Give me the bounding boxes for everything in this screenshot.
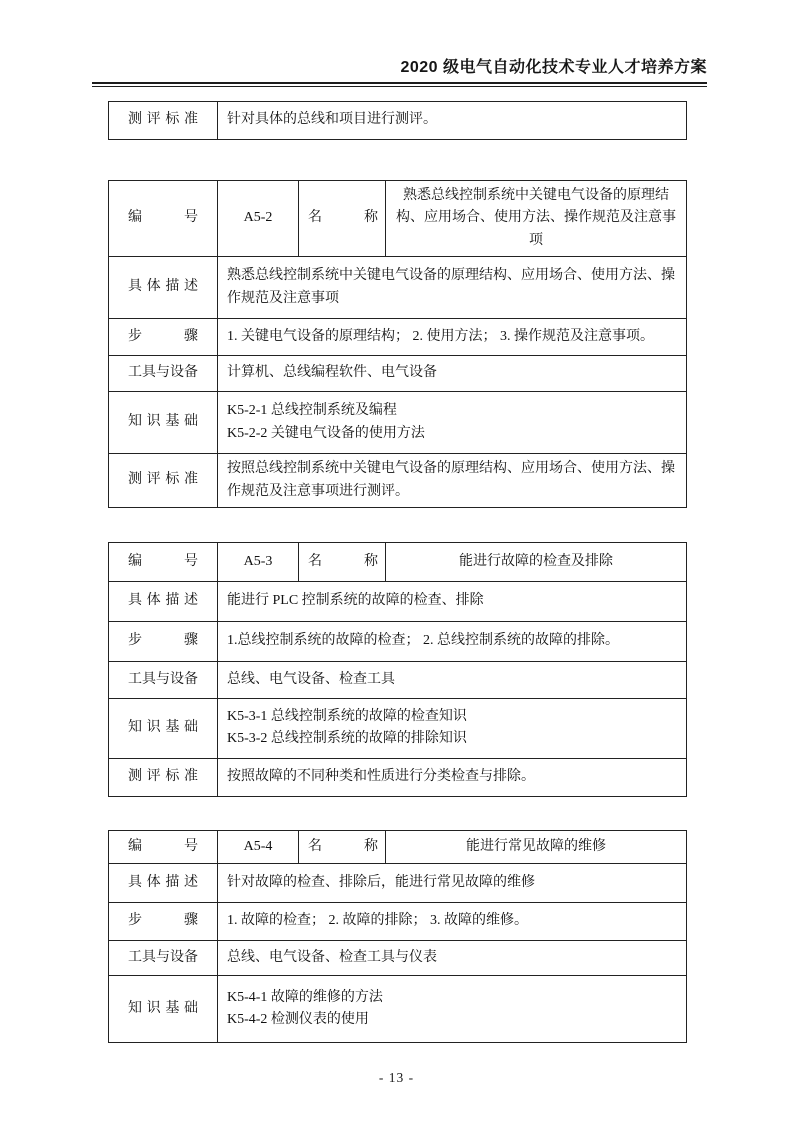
table-row: 具体描述 熟悉总线控制系统中关键电气设备的原理结构、应用场合、使用方法、操作规范… bbox=[109, 257, 687, 319]
tools-content: 计算机、总线编程软件、电气设备 bbox=[218, 356, 687, 392]
table-row: 工具与设备 总线、电气设备、检查工具与仪表 bbox=[109, 940, 687, 975]
eval-label: 测评标准 bbox=[128, 766, 198, 788]
name-label: 名称 bbox=[308, 551, 378, 573]
steps-content: 1. 关键电气设备的原理结构； 2. 使用方法； 3. 操作规范及注意事项。 bbox=[218, 319, 687, 356]
table-row: 工具与设备 计算机、总线编程软件、电气设备 bbox=[109, 356, 687, 392]
knowledge-content: K5-3-1 总线控制系统的故障的检查知识 K5-3-2 总线控制系统的故障的排… bbox=[218, 698, 687, 758]
row-label-cell: 工具与设备 bbox=[109, 661, 218, 698]
steps-label: 步骤 bbox=[128, 910, 198, 932]
eval-content: 按照总线控制系统中关键电气设备的原理结构、应用场合、使用方法、操作规范及注意事项… bbox=[218, 454, 687, 508]
steps-content: 1. 故障的检查； 2. 故障的排除； 3. 故障的维修。 bbox=[218, 902, 687, 940]
table-row: 测评标准 针对具体的总线和项目进行测评。 bbox=[109, 102, 687, 140]
row-label-cell: 测评标准 bbox=[109, 758, 218, 796]
table-row: 具体描述 能进行 PLC 控制系统的故障的检查、排除 bbox=[109, 581, 687, 621]
id-label: 编号 bbox=[128, 551, 198, 573]
table-row: 步骤 1.总线控制系统的故障的检查； 2. 总线控制系统的故障的排除。 bbox=[109, 621, 687, 661]
page-number: - 13 - bbox=[0, 1070, 793, 1086]
row-label-cell: 工具与设备 bbox=[109, 356, 218, 392]
tools-label: 工具与设备 bbox=[128, 947, 198, 969]
id-label: 编号 bbox=[128, 207, 198, 229]
eval-content: 针对具体的总线和项目进行测评。 bbox=[218, 102, 687, 140]
desc-label: 具体描述 bbox=[128, 872, 198, 894]
row-label-cell: 名称 bbox=[299, 830, 386, 863]
desc-content: 针对故障的检查、排除后，能进行常见故障的维修 bbox=[218, 863, 687, 902]
eval-label: 测评标准 bbox=[128, 109, 198, 131]
row-label-cell: 知识基础 bbox=[109, 975, 218, 1042]
row-label-cell: 步骤 bbox=[109, 621, 218, 661]
table-row: 测评标准 按照故障的不同种类和性质进行分类检查与排除。 bbox=[109, 758, 687, 796]
row-label-cell: 具体描述 bbox=[109, 257, 218, 319]
steps-content: 1.总线控制系统的故障的检查； 2. 总线控制系统的故障的排除。 bbox=[218, 621, 687, 661]
row-label-cell: 名称 bbox=[299, 542, 386, 581]
table-row: 编号 A5-2 名称 熟悉总线控制系统中关键电气设备的原理结构、应用场合、使用方… bbox=[109, 181, 687, 257]
row-label-cell: 测评标准 bbox=[109, 102, 218, 140]
steps-label: 步骤 bbox=[128, 630, 198, 652]
table-row: 知识基础 K5-2-1 总线控制系统及编程 K5-2-2 关键电气设备的使用方法 bbox=[109, 392, 687, 454]
row-label-cell: 具体描述 bbox=[109, 581, 218, 621]
table-row: 知识基础 K5-4-1 故障的维修的方法 K5-4-2 检测仪表的使用 bbox=[109, 975, 687, 1042]
eval-content: 按照故障的不同种类和性质进行分类检查与排除。 bbox=[218, 758, 687, 796]
desc-content: 熟悉总线控制系统中关键电气设备的原理结构、应用场合、使用方法、操作规范及注意事项 bbox=[218, 257, 687, 319]
header-double-rule bbox=[92, 82, 707, 87]
row-label-cell: 知识基础 bbox=[109, 698, 218, 758]
spec-table-a5-1-tail: 测评标准 针对具体的总线和项目进行测评。 bbox=[108, 101, 687, 140]
knowledge-label: 知识基础 bbox=[128, 998, 198, 1020]
row-label-cell: 知识基础 bbox=[109, 392, 218, 454]
tools-content: 总线、电气设备、检查工具与仪表 bbox=[218, 940, 687, 975]
code-cell: A5-3 bbox=[218, 542, 299, 581]
name-label: 名称 bbox=[308, 836, 378, 858]
name-label: 名称 bbox=[308, 207, 378, 229]
name-cell: 熟悉总线控制系统中关键电气设备的原理结构、应用场合、使用方法、操作规范及注意事项 bbox=[386, 181, 687, 257]
desc-label: 具体描述 bbox=[128, 276, 198, 298]
spec-table-a5-3: 编号 A5-3 名称 能进行故障的检查及排除 具体描述 能进行 PLC 控制系统… bbox=[108, 542, 687, 797]
tools-label: 工具与设备 bbox=[128, 362, 198, 384]
table-row: 编号 A5-4 名称 能进行常见故障的维修 bbox=[109, 830, 687, 863]
row-label-cell: 编号 bbox=[109, 181, 218, 257]
steps-label: 步骤 bbox=[128, 326, 198, 348]
code-cell: A5-4 bbox=[218, 830, 299, 863]
table-row: 编号 A5-3 名称 能进行故障的检查及排除 bbox=[109, 542, 687, 581]
tools-label: 工具与设备 bbox=[128, 669, 198, 691]
document-page: 2020 级电气自动化技术专业人才培养方案 测评标准 针对具体的总线和项目进行测… bbox=[0, 0, 793, 1122]
row-label-cell: 具体描述 bbox=[109, 863, 218, 902]
knowledge-label: 知识基础 bbox=[128, 717, 198, 739]
id-label: 编号 bbox=[128, 836, 198, 858]
desc-content: 能进行 PLC 控制系统的故障的检查、排除 bbox=[218, 581, 687, 621]
table-row: 具体描述 针对故障的检查、排除后，能进行常见故障的维修 bbox=[109, 863, 687, 902]
name-cell: 能进行常见故障的维修 bbox=[386, 830, 687, 863]
desc-label: 具体描述 bbox=[128, 590, 198, 612]
row-label-cell: 编号 bbox=[109, 542, 218, 581]
row-label-cell: 名称 bbox=[299, 181, 386, 257]
spec-table-a5-4: 编号 A5-4 名称 能进行常见故障的维修 具体描述 针对故障的检查、排除后，能… bbox=[108, 830, 687, 1043]
table-row: 测评标准 按照总线控制系统中关键电气设备的原理结构、应用场合、使用方法、操作规范… bbox=[109, 454, 687, 508]
eval-label: 测评标准 bbox=[128, 469, 198, 491]
code-cell: A5-2 bbox=[218, 181, 299, 257]
name-cell: 能进行故障的检查及排除 bbox=[386, 542, 687, 581]
table-row: 步骤 1. 故障的检查； 2. 故障的排除； 3. 故障的维修。 bbox=[109, 902, 687, 940]
table-row: 步骤 1. 关键电气设备的原理结构； 2. 使用方法； 3. 操作规范及注意事项… bbox=[109, 319, 687, 356]
table-row: 工具与设备 总线、电气设备、检查工具 bbox=[109, 661, 687, 698]
spec-table-a5-2: 编号 A5-2 名称 熟悉总线控制系统中关键电气设备的原理结构、应用场合、使用方… bbox=[108, 180, 687, 508]
row-label-cell: 工具与设备 bbox=[109, 940, 218, 975]
row-label-cell: 编号 bbox=[109, 830, 218, 863]
page-header-title: 2020 级电气自动化技术专业人才培养方案 bbox=[0, 54, 707, 77]
table-row: 知识基础 K5-3-1 总线控制系统的故障的检查知识 K5-3-2 总线控制系统… bbox=[109, 698, 687, 758]
row-label-cell: 步骤 bbox=[109, 902, 218, 940]
row-label-cell: 步骤 bbox=[109, 319, 218, 356]
knowledge-content: K5-2-1 总线控制系统及编程 K5-2-2 关键电气设备的使用方法 bbox=[218, 392, 687, 454]
row-label-cell: 测评标准 bbox=[109, 454, 218, 508]
knowledge-label: 知识基础 bbox=[128, 411, 198, 433]
knowledge-content: K5-4-1 故障的维修的方法 K5-4-2 检测仪表的使用 bbox=[218, 975, 687, 1042]
tools-content: 总线、电气设备、检查工具 bbox=[218, 661, 687, 698]
